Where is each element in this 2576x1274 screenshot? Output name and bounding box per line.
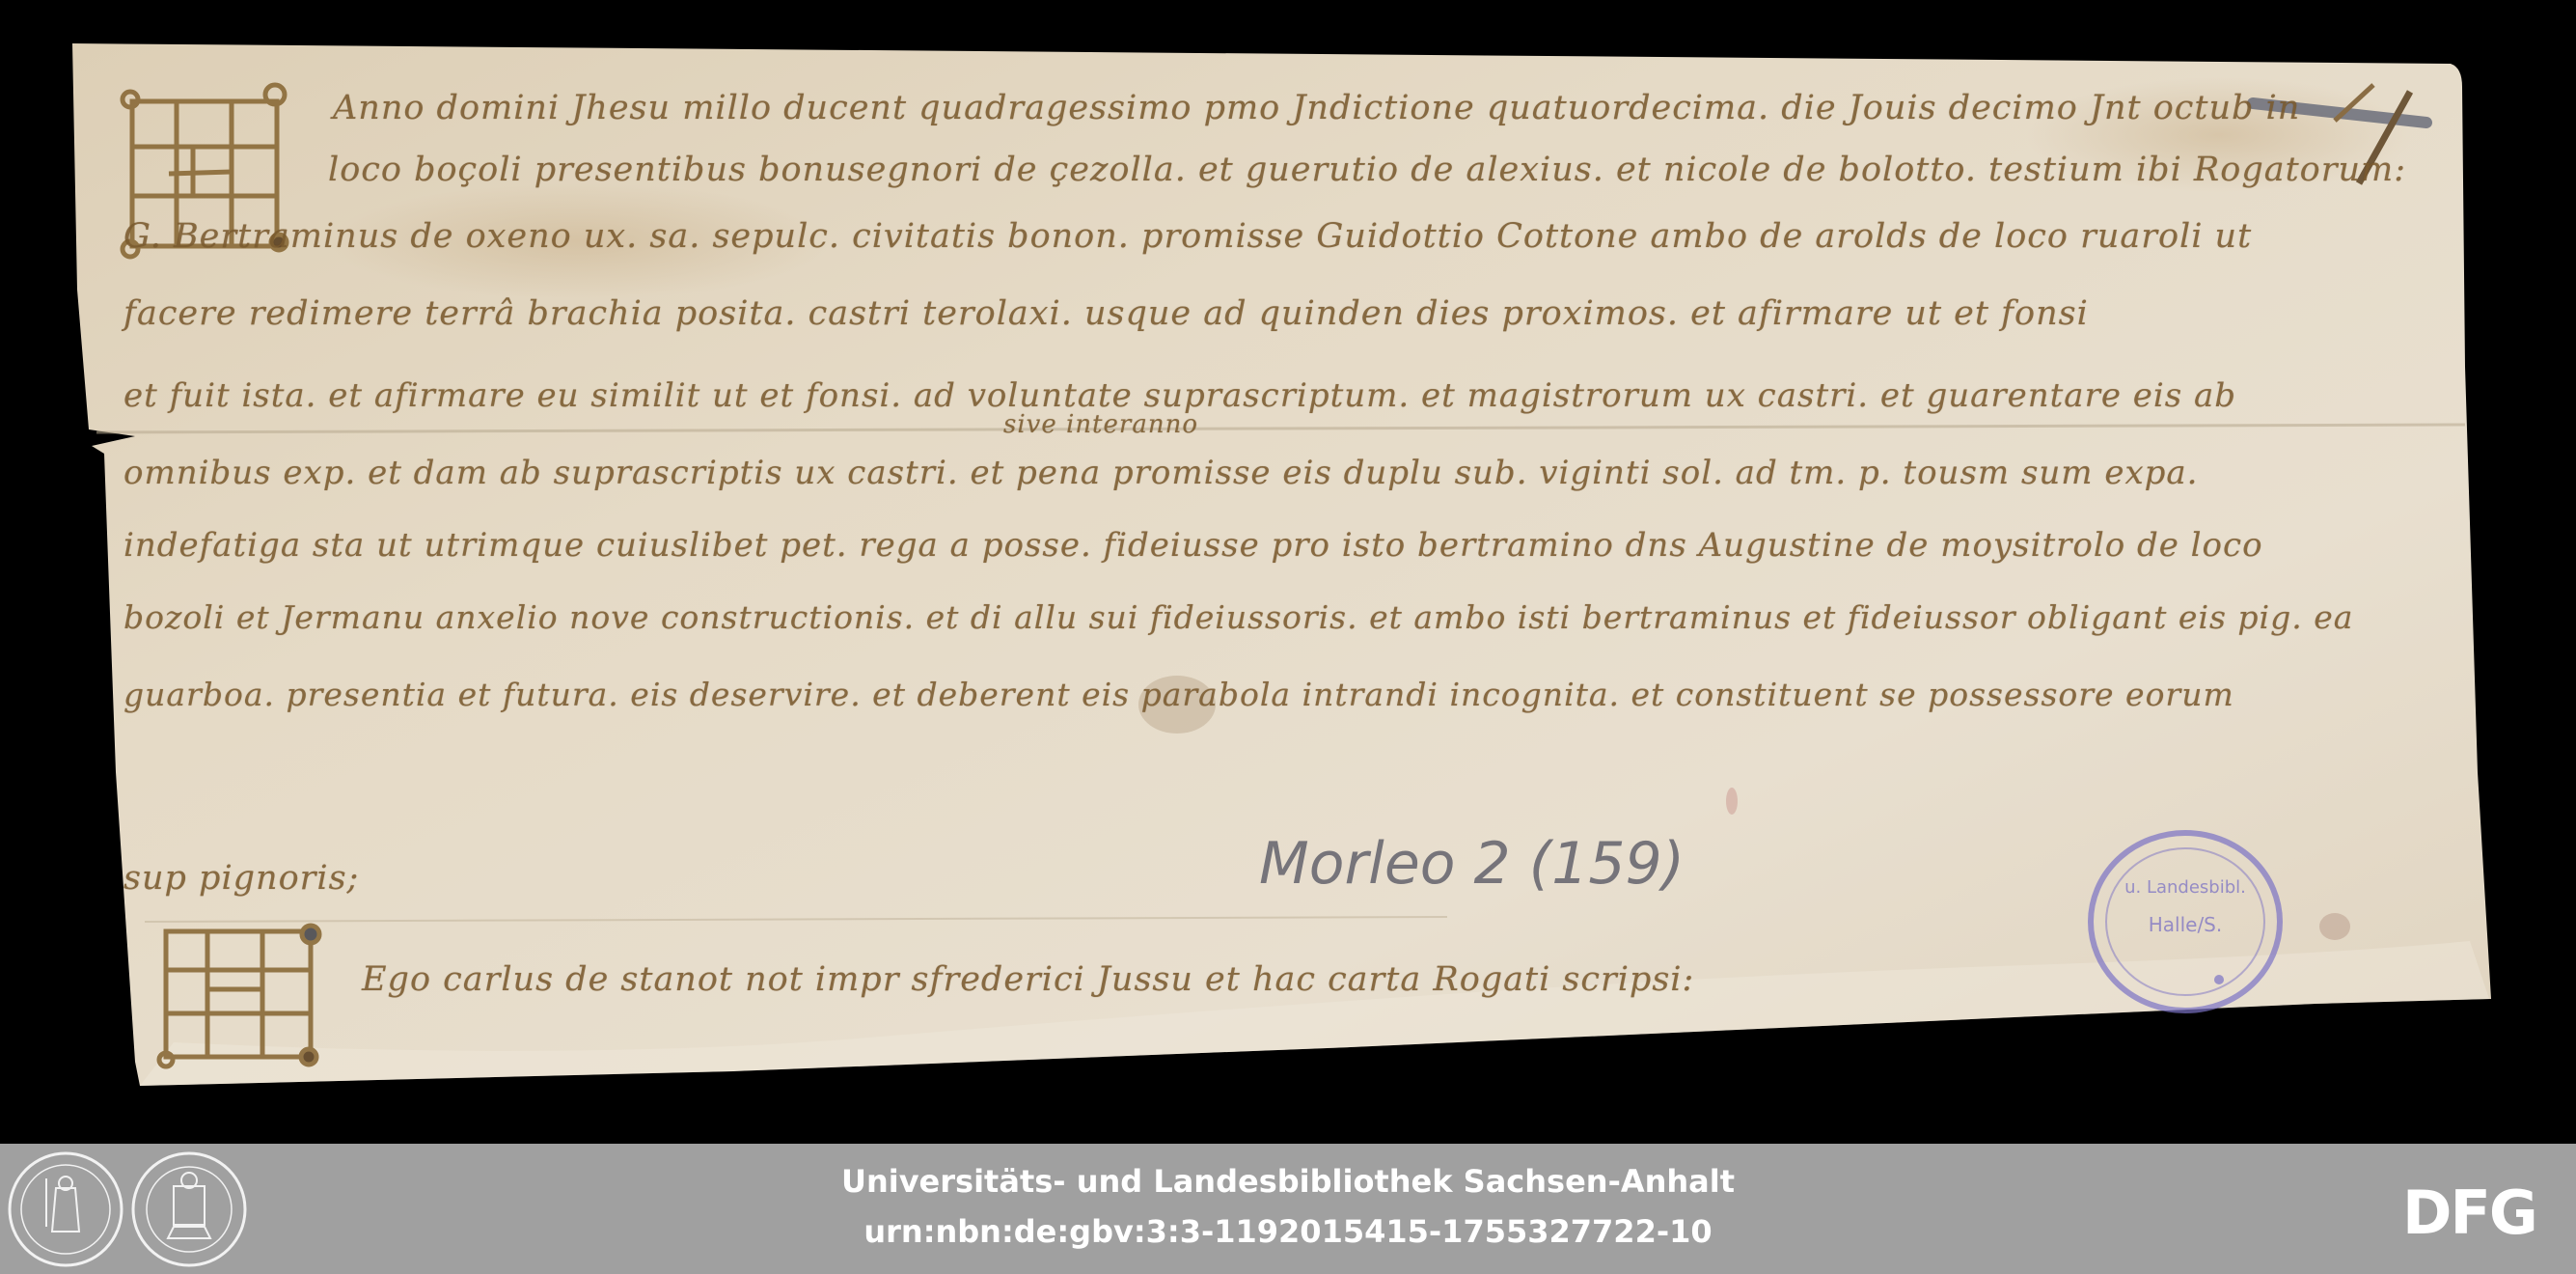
institution-name: Universitäts- und Landesbibliothek Sachs… — [0, 1163, 2576, 1200]
footer-bar: Universitäts- und Landesbibliothek Sachs… — [0, 1144, 2576, 1274]
charter-line-6: omnibus exp. et dam ab suprascriptis ux … — [123, 454, 2198, 492]
dfg-logo-icon: DFG — [2402, 1177, 2536, 1248]
charter-line-4: facere redimere terrâ brachia posita. ca… — [123, 294, 2089, 333]
charter-line-1: Anno domini Jhesu millo ducent quadrages… — [333, 89, 2300, 127]
interlinear-note: sive interanno — [1003, 410, 1198, 439]
svg-text:Halle/S.: Halle/S. — [2149, 913, 2223, 936]
pencil-shelfmark: Morleo 2 (159) — [1259, 830, 1685, 898]
charter-line-9: guarboa. presentia et futura. eis deserv… — [123, 676, 2234, 713]
charter-line-5: et fuit ista. et afirmare eu similit ut … — [123, 376, 2236, 415]
charter-line-10: sup pignoris; — [123, 859, 359, 898]
notary-subscription: Ego carlus de stanot not impr sfrederici… — [362, 960, 1694, 999]
document-viewer[interactable]: Anno domini Jhesu millo ducent quadrages… — [0, 0, 2576, 1144]
library-stamp-icon: u. Landesbibl. Halle/S. — [2084, 825, 2287, 1018]
charter-line-8: bozoli et Jermanu anxelio nove construct… — [123, 598, 2353, 636]
charter-line-2: loco boçoli presentibus bonusegnori de ç… — [328, 151, 2406, 189]
urn-identifier: urn:nbn:de:gbv:3:3-1192015415-1755327722… — [0, 1213, 2576, 1250]
charter-line-7: indefatiga sta ut utrimque cuiuslibet pe… — [123, 526, 2263, 565]
svg-text:u. Landesbibl.: u. Landesbibl. — [2124, 877, 2246, 898]
charter-line-3: G. Bertraminus de oxeno ux. sa. sepulc. … — [123, 217, 2252, 256]
